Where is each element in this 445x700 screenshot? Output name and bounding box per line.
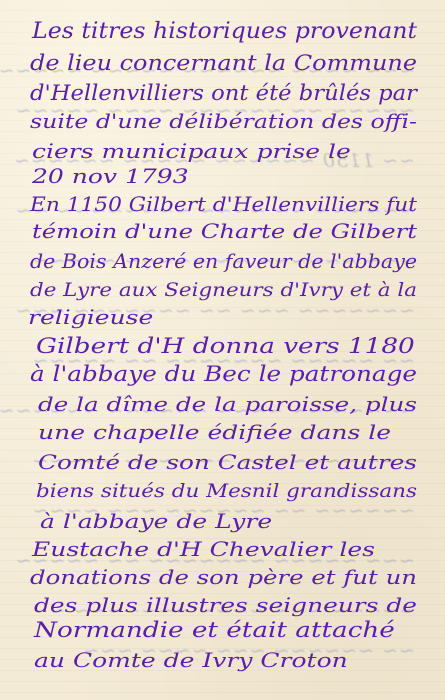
manuscript-line: témoin d'une Charte de Gilbert: [32, 219, 417, 243]
manuscript-line: à l'abbaye du Bec le patronage: [30, 362, 417, 386]
manuscript-page: ~~~ ~~~~ ~~~~~~ ~~~~~ ~~~~~~ ~~~~~ ~~ ~~…: [0, 0, 445, 700]
manuscript-line: 20 nov 1793: [32, 164, 189, 188]
manuscript-line: à l'abbaye de Lyre: [40, 509, 272, 533]
manuscript-line: des plus illustres seigneurs de: [34, 593, 417, 617]
manuscript-line: au Comte de Ivry Croton: [34, 648, 348, 672]
manuscript-line: Gilbert d'H donna vers 1180: [36, 334, 415, 358]
manuscript-line: de Bois Anzeré en faveur de l'abbaye: [30, 249, 417, 273]
manuscript-line: Les titres historiques provenant: [32, 19, 417, 44]
manuscript-line: ciers municipaux prise le: [32, 139, 351, 163]
manuscript-line: Eustache d'H Chevalier les: [32, 537, 375, 561]
manuscript-line: de Lyre aux Seigneurs d'Ivry et à la: [30, 279, 417, 301]
manuscript-line: donations de son père et fut un: [30, 565, 417, 589]
manuscript-line: suite d'une délibération des offi-: [30, 109, 417, 133]
manuscript-line: Normandie et était attaché: [34, 618, 395, 642]
manuscript-line: d'Hellenvilliers ont été brûlés par: [30, 81, 417, 105]
manuscript-line: biens situés du Mesnil grandissans: [36, 480, 417, 502]
manuscript-line: de lieu concernant la Commune: [30, 51, 417, 75]
manuscript-line: une chapelle édifiée dans le: [38, 420, 391, 444]
manuscript-line: Comté de son Castel et autres: [38, 450, 417, 474]
manuscript-line: En 1150 Gilbert d'Hellenvilliers fut: [30, 192, 417, 216]
manuscript-line: de la dîme de la paroisse, plus: [38, 392, 417, 416]
manuscript-line: religieuse: [28, 305, 153, 329]
